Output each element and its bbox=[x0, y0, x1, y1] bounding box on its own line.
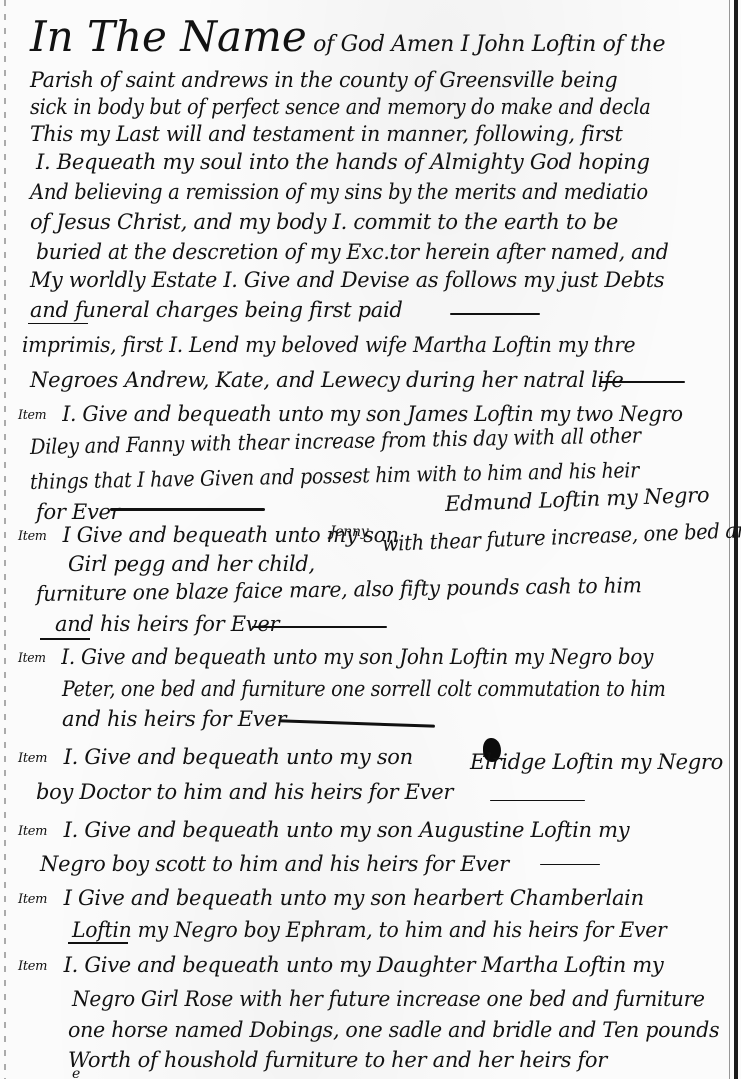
line-text: Diley and Fanny with thear increase from… bbox=[30, 423, 641, 459]
document-line-28: Negro boy scott to him and his heirs for… bbox=[40, 852, 509, 876]
line-text: Girl pegg and her child, bbox=[68, 552, 315, 576]
underline-mark bbox=[68, 942, 128, 944]
line-end-flourish bbox=[450, 313, 540, 315]
document-line-30: Loftin my Negro boy Ephram, to him and h… bbox=[72, 918, 666, 942]
document-line-25: Item I. Give and bequeath unto my son bbox=[18, 745, 413, 769]
manuscript-page: In The Name of God Amen I John Loftin of… bbox=[0, 0, 741, 1079]
document-line-33: one horse named Dobings, one sadle and b… bbox=[68, 1018, 719, 1042]
item-marker: Item bbox=[18, 959, 47, 974]
line-end-flourish bbox=[252, 626, 387, 628]
document-line-12: Negroes Andrew, Kate, and Lewecy during … bbox=[30, 368, 624, 392]
document-line-3: sick in body but of perfect sence and me… bbox=[30, 95, 651, 119]
document-line-20: furniture one blaze faice mare, also fif… bbox=[36, 573, 642, 606]
document-line-9: My worldly Estate I. Give and Devise as … bbox=[30, 268, 664, 292]
line-text: And believing a remission of my sins by … bbox=[30, 180, 648, 204]
line-text: imprimis, first I. Lend my beloved wife … bbox=[22, 333, 635, 357]
document-line-14: Diley and Fanny with thear increase from… bbox=[30, 423, 641, 459]
line-text: Peter, one bed and furniture one sorrell… bbox=[62, 677, 666, 701]
line-text: sick in body but of perfect sence and me… bbox=[30, 95, 651, 119]
line-text: one horse named Dobings, one sadle and b… bbox=[68, 1018, 719, 1042]
line-end-flourish bbox=[490, 800, 585, 801]
document-line-7: of Jesus Christ, and my body I. commit t… bbox=[30, 210, 618, 234]
document-line-4: This my Last will and testament in manne… bbox=[30, 122, 622, 146]
document-line-25-continued: Elridge Loftin my Negro bbox=[470, 750, 723, 774]
line-text: I. Give and bequeath unto my son Augusti… bbox=[64, 818, 630, 842]
line-text: I. Give and bequeath unto my son James L… bbox=[62, 402, 683, 426]
line-text: boy Doctor to him and his heirs for Ever bbox=[36, 780, 453, 804]
document-line-1: In The Name of God Amen I John Loftin of… bbox=[30, 12, 665, 61]
document-line-27: Item I. Give and bequeath unto my son Au… bbox=[18, 818, 629, 842]
line-text: Worth of houshold furniture to her and h… bbox=[68, 1048, 607, 1072]
line-end-flourish bbox=[540, 864, 600, 865]
line-text: This my Last will and testament in manne… bbox=[30, 122, 622, 146]
line-text: I. Bequeath my soul into the hands of Al… bbox=[36, 150, 650, 174]
line-text: I. Give and bequeath unto my son John Lo… bbox=[61, 645, 653, 669]
line-end-flourish bbox=[600, 381, 685, 383]
document-line-24: and his heirs for Ever bbox=[62, 707, 286, 731]
document-line-32: Negro Girl Rose with her future increase… bbox=[72, 987, 705, 1011]
line-text: and his heirs for Ever bbox=[62, 707, 286, 731]
item-marker: Item bbox=[18, 408, 46, 423]
document-line-16: for Ever bbox=[36, 500, 120, 524]
item-marker: Item bbox=[18, 529, 47, 544]
interlinear-insertion: Jenny bbox=[330, 524, 368, 540]
line-text: Negroes Andrew, Kate, and Lewecy during … bbox=[30, 368, 624, 392]
line-text: Loftin my Negro boy Ephram, to him and h… bbox=[72, 918, 666, 942]
document-line-34: Worth of houshold furniture to her and h… bbox=[68, 1048, 607, 1072]
document-title: In The Name bbox=[30, 12, 307, 61]
line-end-flourish bbox=[110, 508, 265, 511]
document-line-29: Item I Give and bequeath unto my son hea… bbox=[18, 886, 644, 910]
line-text: I. Give and bequeath unto my son bbox=[64, 745, 413, 769]
document-line-23: Peter, one bed and furniture one sorrell… bbox=[62, 677, 666, 701]
line-text: and his heirs for Ever bbox=[55, 612, 279, 636]
line-text: with thear future increase, one bed an bbox=[382, 518, 741, 556]
item-marker: Item bbox=[18, 751, 47, 766]
document-line-13: Item I. Give and bequeath unto my son Ja… bbox=[18, 402, 683, 426]
document-line-6: And believing a remission of my sins by … bbox=[30, 180, 648, 204]
line-text: Elridge Loftin my Negro bbox=[470, 750, 723, 774]
line-text: for Ever bbox=[36, 500, 120, 524]
document-line-31: Item I. Give and bequeath unto my Daught… bbox=[18, 953, 663, 977]
inserted-name: Jenny bbox=[330, 524, 368, 540]
item-marker: Item bbox=[18, 651, 46, 666]
item-marker: Item bbox=[18, 892, 47, 907]
left-page-edge bbox=[4, 0, 6, 1079]
line-text: I Give and bequeath unto my son hearbert… bbox=[64, 886, 644, 910]
document-line-11: imprimis, first I. Lend my beloved wife … bbox=[22, 333, 635, 357]
line-text: buried at the descretion of my Exc.tor h… bbox=[36, 240, 669, 264]
line-text: of Jesus Christ, and my body I. commit t… bbox=[30, 210, 618, 234]
line-text: of God Amen I John Loftin of the bbox=[313, 32, 665, 57]
document-line-26: boy Doctor to him and his heirs for Ever bbox=[36, 780, 453, 804]
line-text: e bbox=[72, 1066, 80, 1079]
line-text: Edmund Loftin my Negro bbox=[445, 483, 710, 516]
document-line-10: and funeral charges being first paid bbox=[30, 298, 403, 322]
line-text: Negro boy scott to him and his heirs for… bbox=[40, 852, 509, 876]
line-text: and funeral charges being first paid bbox=[30, 298, 403, 322]
underline-mark bbox=[40, 638, 90, 640]
line-text: Negro Girl Rose with her future increase… bbox=[72, 987, 705, 1011]
document-line-21: and his heirs for Ever bbox=[55, 612, 279, 636]
underline-mark bbox=[28, 323, 88, 324]
line-text: furniture one blaze faice mare, also fif… bbox=[36, 573, 642, 606]
document-line-22: Item I. Give and bequeath unto my son Jo… bbox=[18, 645, 653, 669]
document-line-5: I. Bequeath my soul into the hands of Al… bbox=[36, 150, 650, 174]
line-text: My worldly Estate I. Give and Devise as … bbox=[30, 268, 664, 292]
item-marker: Item bbox=[18, 824, 47, 839]
document-line-35: e bbox=[72, 1066, 80, 1079]
document-line-17: Edmund Loftin my Negro bbox=[445, 483, 710, 516]
document-line-8: buried at the descretion of my Exc.tor h… bbox=[36, 240, 669, 264]
line-text: I. Give and bequeath unto my Daughter Ma… bbox=[64, 953, 664, 977]
document-line-2: Parish of saint andrews in the county of… bbox=[30, 68, 617, 92]
line-text: Parish of saint andrews in the county of… bbox=[30, 68, 617, 92]
document-line-19: Girl pegg and her child, bbox=[68, 552, 315, 576]
line-end-flourish bbox=[280, 719, 435, 727]
document-line-18-continued: with thear future increase, one bed an bbox=[382, 518, 741, 556]
